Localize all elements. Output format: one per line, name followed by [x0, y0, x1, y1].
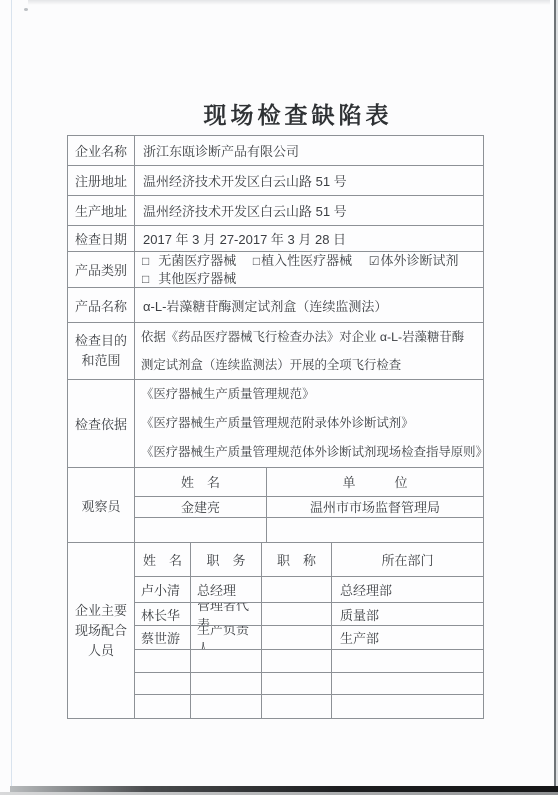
person-department [332, 650, 483, 672]
row-production-address: 生产地址 温州经济技术开发区白云山路 51 号 [68, 196, 483, 226]
row-product-name: 产品名称 α-L-岩藻糖苷酶测定试剂盒（连续监测法） [68, 288, 483, 323]
person-name: 卢小清 [135, 577, 191, 602]
field-value: 浙江东瓯诊断产品有限公司 [135, 136, 483, 165]
row-inspection-purpose: 检查目的 和范围 依据《药品医疗器械飞行检查办法》对企业 α-L-岩藻糖苷酶 测… [68, 323, 483, 380]
scan-left-edge-line [11, 0, 12, 795]
column-header-position: 职 务 [191, 543, 262, 576]
person-title [262, 603, 332, 625]
person-name: 蔡世游 [135, 626, 191, 649]
observer-data-row: 金建亮 温州市市场监督管理局 [135, 497, 483, 519]
field-label: 检查日期 [68, 226, 135, 251]
column-header-name: 姓 名 [135, 468, 267, 496]
person-name: 林长华 [135, 603, 191, 625]
checkbox-unchecked-icon: □ [253, 254, 260, 268]
field-value: α-L-岩藻糖苷酶测定试剂盒（连续监测法） [135, 288, 483, 322]
row-inspection-date: 检查日期 2017 年 3 月 27-2017 年 3 月 28 日 [68, 226, 483, 252]
row-product-category: 产品类别 □无菌医疗器械 □植入性医疗器械 ☑体外诊断试剂 □其他医疗器械 [68, 252, 483, 288]
observer-subtable: 姓 名 单 位 金建亮 温州市市场监督管理局 [135, 468, 483, 542]
person-department: 质量部 [332, 603, 483, 625]
column-header-title: 职 称 [262, 543, 332, 576]
personnel-header-row: 姓 名 职 务 职 称 所在部门 [135, 543, 483, 577]
person-position [191, 695, 262, 718]
field-label: 检查依据 [68, 380, 135, 467]
option-label: 体外诊断试剂 [381, 253, 459, 268]
person-position: 管理者代表 [191, 603, 262, 625]
field-label: 检查目的 和范围 [68, 323, 135, 379]
person-title [262, 577, 332, 602]
person-title [262, 695, 332, 718]
field-label: 企业名称 [68, 136, 135, 165]
label-line: 检查目的 [75, 331, 127, 351]
personnel-empty-row [135, 695, 483, 718]
row-registered-address: 注册地址 温州经济技术开发区白云山路 51 号 [68, 166, 483, 196]
basis-line: 《医疗器械生产质量管理规范》 [141, 380, 314, 409]
product-category-options: □无菌医疗器械 □植入性医疗器械 ☑体外诊断试剂 □其他医疗器械 [135, 252, 483, 287]
person-department [332, 673, 483, 694]
field-value: 温州经济技术开发区白云山路 51 号 [135, 196, 483, 225]
person-title [262, 650, 332, 672]
person-title [262, 626, 332, 649]
column-header-name: 姓 名 [135, 543, 191, 576]
personnel-empty-row [135, 650, 483, 673]
basis-line: 《医疗器械生产质量管理规范附录体外诊断试剂》 [141, 409, 414, 438]
option-sterile-devices: □无菌医疗器械 [142, 253, 236, 268]
scan-top-shadow [28, 0, 550, 5]
column-header-department: 所在部门 [332, 543, 483, 576]
category-options-line1: □无菌医疗器械 □植入性医疗器械 ☑体外诊断试剂 [142, 252, 459, 270]
observer-name: 金建亮 [135, 497, 267, 518]
checkbox-checked-icon: ☑ [369, 254, 380, 268]
label-line: 和范围 [81, 351, 120, 371]
person-title [262, 673, 332, 694]
scan-artifact-speck [24, 8, 28, 11]
option-label: 无菌医疗器械 [158, 253, 236, 268]
person-department [332, 695, 483, 718]
option-label: 植入性医疗器械 [261, 253, 352, 268]
row-company-name: 企业名称 浙江东瓯诊断产品有限公司 [68, 136, 483, 166]
label-line: 人员 [88, 641, 114, 661]
observer-unit [267, 518, 483, 542]
personnel-row: 林长华 管理者代表 质量部 [135, 603, 483, 626]
field-value: 温州经济技术开发区白云山路 51 号 [135, 166, 483, 195]
field-label: 注册地址 [68, 166, 135, 195]
person-department: 生产部 [332, 626, 483, 649]
field-value: 2017 年 3 月 27-2017 年 3 月 28 日 [135, 226, 483, 251]
person-position [191, 650, 262, 672]
observer-empty-row [135, 518, 483, 542]
option-implantable-devices: □植入性医疗器械 [253, 253, 352, 268]
option-ivd-reagents: ☑体外诊断试剂 [369, 253, 459, 268]
checkbox-unchecked-icon: □ [142, 254, 149, 268]
field-value: 《医疗器械生产质量管理规范》 《医疗器械生产质量管理规范附录体外诊断试剂》 《医… [135, 380, 488, 467]
person-name [135, 650, 191, 672]
observer-unit: 温州市市场监督管理局 [267, 497, 483, 518]
row-cooperating-personnel: 企业主要 现场配合 人员 姓 名 职 务 职 称 所在部门 卢小清 总经理 总经… [68, 543, 483, 718]
field-label: 企业主要 现场配合 人员 [68, 543, 135, 718]
field-label: 生产地址 [68, 196, 135, 225]
basis-line: 《医疗器械生产质量管理规范体外诊断试剂现场检查指导原则》 [141, 438, 488, 467]
field-label: 观察员 [68, 468, 135, 542]
person-position: 总经理 [191, 577, 262, 602]
personnel-row: 蔡世游 生产负责人 生产部 [135, 626, 483, 650]
row-inspection-basis: 检查依据 《医疗器械生产质量管理规范》 《医疗器械生产质量管理规范附录体外诊断试… [68, 380, 483, 468]
observer-header-row: 姓 名 单 位 [135, 468, 483, 497]
form-title: 现场检查缺陷表 [19, 97, 558, 130]
person-position [191, 673, 262, 694]
observer-name [135, 518, 267, 542]
inspection-form-table: 企业名称 浙江东瓯诊断产品有限公司 注册地址 温州经济技术开发区白云山路 51 … [67, 135, 484, 719]
person-position: 生产负责人 [191, 626, 262, 649]
personnel-row: 卢小清 总经理 总经理部 [135, 577, 483, 603]
checkbox-unchecked-icon: □ [142, 272, 149, 286]
category-options-line2: □其他医疗器械 [142, 270, 236, 288]
option-other-devices: □其他医疗器械 [142, 271, 236, 286]
person-name [135, 695, 191, 718]
person-department: 总经理部 [332, 577, 483, 602]
purpose-line: 依据《药品医疗器械飞行检查办法》对企业 α-L-岩藻糖苷酶 [141, 323, 464, 351]
scanned-document-page: 现场检查缺陷表 企业名称 浙江东瓯诊断产品有限公司 注册地址 温州经济技术开发区… [0, 0, 558, 795]
person-name [135, 673, 191, 694]
field-value: 依据《药品医疗器械飞行检查办法》对企业 α-L-岩藻糖苷酶 测定试剂盒（连续监测… [135, 323, 483, 379]
personnel-empty-row [135, 673, 483, 695]
label-line: 企业主要 [75, 601, 127, 621]
field-label: 产品名称 [68, 288, 135, 322]
field-label: 产品类别 [68, 252, 135, 287]
label-line: 现场配合 [75, 621, 127, 641]
purpose-line: 测定试剂盒（连续监测法）开展的全项飞行检查 [141, 351, 401, 379]
row-observer: 观察员 姓 名 单 位 金建亮 温州市市场监督管理局 [68, 468, 483, 543]
personnel-subtable: 姓 名 职 务 职 称 所在部门 卢小清 总经理 总经理部 林长华 管理者代表 … [135, 543, 483, 718]
column-header-unit: 单 位 [267, 468, 483, 496]
option-label: 其他医疗器械 [158, 271, 236, 286]
